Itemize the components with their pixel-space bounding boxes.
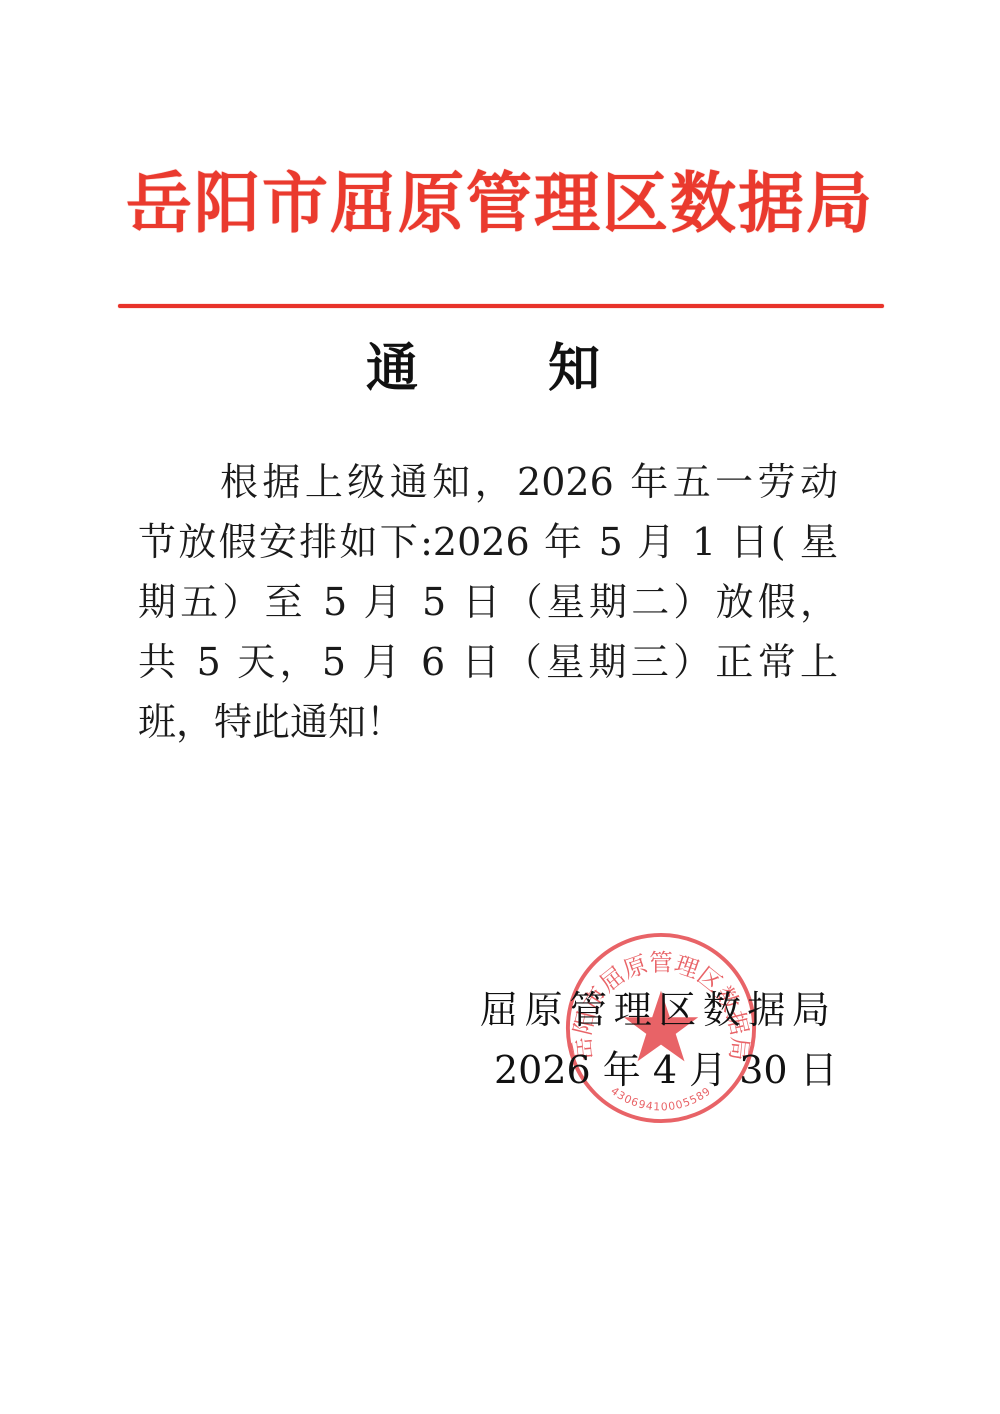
body-line-2: 节放假安排如下:2026 年 5 月 1 日( 星	[138, 512, 838, 572]
letterhead-org-name: 岳阳市屈原管理区数据局	[0, 158, 1000, 248]
body-line-5: 班，特此通知！	[138, 692, 838, 752]
title-char-2: 知	[548, 334, 600, 404]
issue-date: 2026 年 4 月 30 日	[480, 1040, 830, 1100]
body-line-1: 根据上级通知，2026 年五一劳动	[138, 452, 838, 512]
body-line-3: 期五）至 5 月 5 日（星期二）放假，	[138, 572, 838, 632]
signature-block: 屈原管理区数据局 2026 年 4 月 30 日	[480, 980, 830, 1100]
notice-body: 根据上级通知，2026 年五一劳动 节放假安排如下:2026 年 5 月 1 日…	[138, 452, 838, 752]
document-title: 通 知	[0, 334, 1000, 404]
body-line-4: 共 5 天，5 月 6 日（星期三）正常上	[138, 632, 838, 692]
issuer-name: 屈原管理区数据局	[480, 980, 830, 1040]
title-char-1: 通	[366, 334, 418, 404]
letterhead-divider	[118, 304, 884, 308]
